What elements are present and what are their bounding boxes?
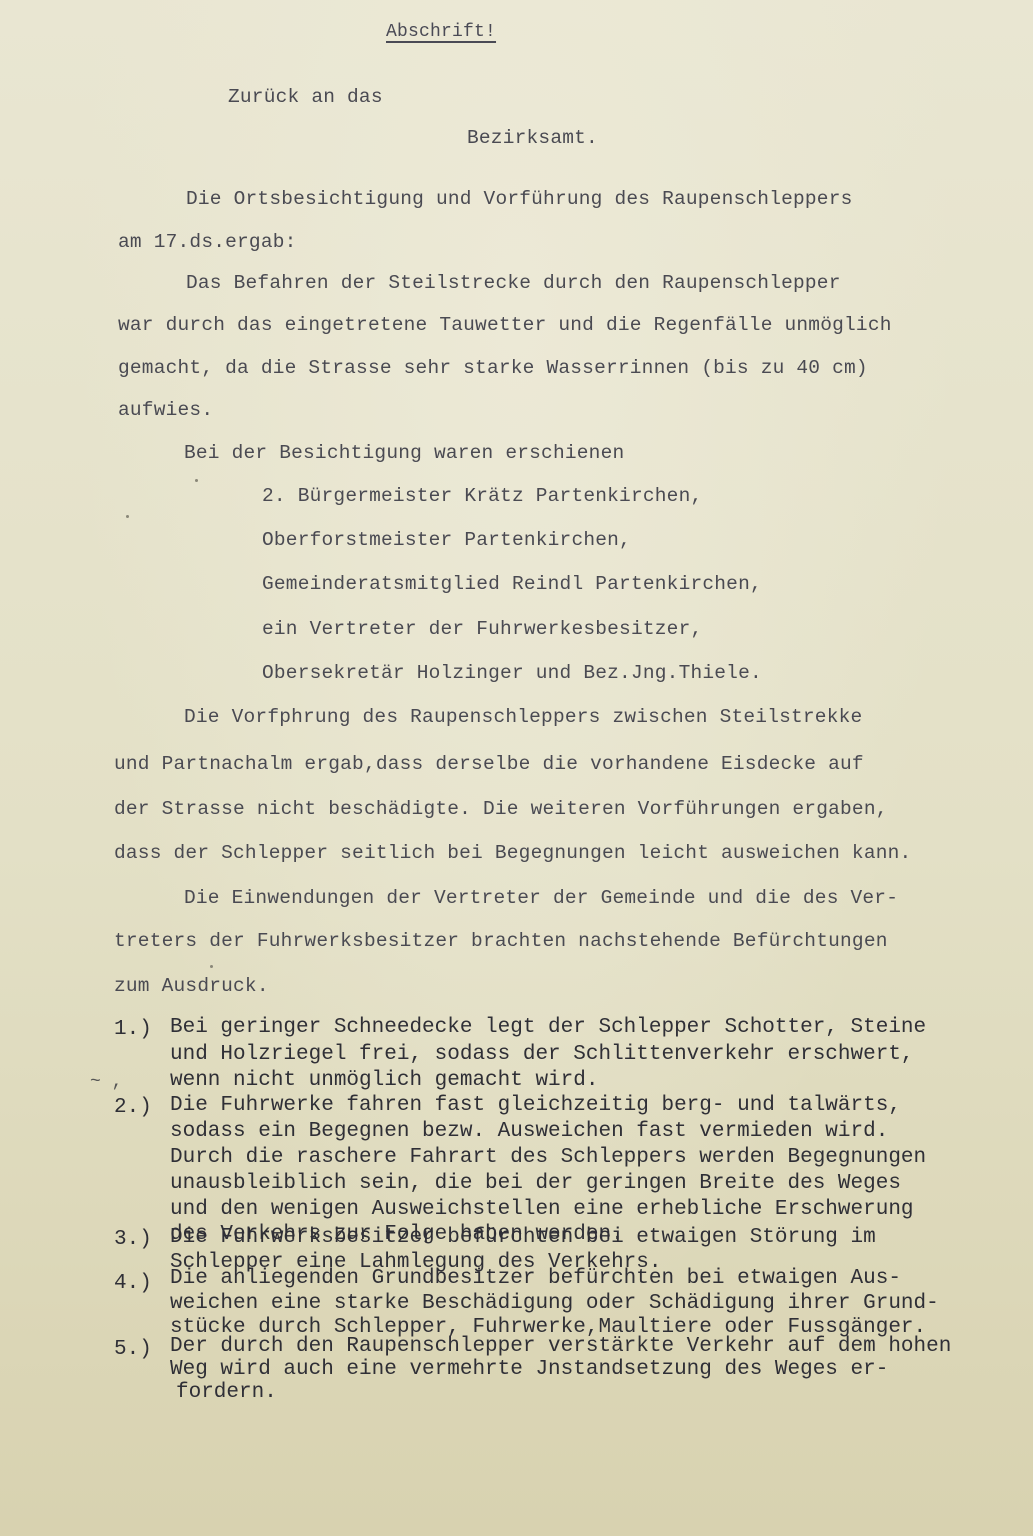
attendee-item: Oberforstmeister Partenkirchen, <box>262 529 631 551</box>
concern-line: Die Fuhrwerke fahren fast gleichzeitig b… <box>170 1094 901 1117</box>
paragraph-line: und Partnachalm ergab,dass derselbe die … <box>114 753 864 775</box>
concern-number: 1.) <box>114 1018 152 1041</box>
salutation-line-1: Zurück an das <box>228 86 383 108</box>
concern-line: weichen eine starke Beschädigung oder Sc… <box>170 1292 939 1315</box>
concern-line: fordern. <box>176 1381 277 1404</box>
paragraph-line: war durch das eingetretene Tauwetter und… <box>118 314 892 336</box>
concern-line: und den wenigen Ausweichstellen eine erh… <box>170 1198 914 1221</box>
concern-line: Der durch den Raupenschlepper verstärkte… <box>170 1335 951 1358</box>
concern-number: 2.) <box>114 1096 152 1119</box>
concern-number: 5.) <box>114 1338 152 1361</box>
typewritten-document-page: Abschrift! Zurück an das Bezirksamt. Die… <box>0 0 1033 1536</box>
attendee-item: Obersekretär Holzinger und Bez.Jng.Thiel… <box>262 662 762 684</box>
paragraph-line: Die Ortsbesichtigung und Vorführung des … <box>186 188 853 210</box>
paragraph-line: Das Befahren der Steilstrecke durch den … <box>186 272 841 294</box>
paragraph-line: zum Ausdruck. <box>114 975 269 997</box>
concern-line: Weg wird auch eine vermehrte Jnstandsetz… <box>170 1358 888 1381</box>
concern-number: 3.) <box>114 1228 152 1251</box>
concern-line: unausbleiblich sein, die bei der geringe… <box>170 1172 901 1195</box>
concern-line: Die Fuhrwerksbesitzer befürchten bei etw… <box>170 1226 876 1249</box>
concern-line: Die anliegenden Grundbesitzer befürchten… <box>170 1267 901 1290</box>
margin-pencil-mark: ~ , <box>90 1072 122 1092</box>
paragraph-line: aufwies. <box>118 399 213 421</box>
paper-speck <box>126 515 129 518</box>
concern-line: und Holzriegel frei, sodass der Schlitte… <box>170 1043 914 1066</box>
salutation-line-2: Bezirksamt. <box>467 127 598 149</box>
paragraph-line: gemacht, da die Strasse sehr starke Wass… <box>118 357 868 379</box>
attendee-item: ein Vertreter der Fuhrwerkesbesitzer, <box>262 618 702 640</box>
concern-line: Bei geringer Schneedecke legt der Schlep… <box>170 1016 926 1039</box>
attendance-intro: Bei der Besichtigung waren erschienen <box>184 442 624 464</box>
paragraph-line: am 17.ds.ergab: <box>118 231 297 253</box>
paper-speck <box>210 965 213 968</box>
concern-number: 4.) <box>114 1272 152 1295</box>
concern-line: Durch die raschere Fahrart des Schlepper… <box>170 1146 926 1169</box>
document-title: Abschrift! <box>386 22 496 42</box>
paper-speck <box>195 479 198 482</box>
attendee-item: 2. Bürgermeister Krätz Partenkirchen, <box>262 485 702 507</box>
paragraph-line: Die Einwendungen der Vertreter der Gemei… <box>184 887 898 909</box>
paragraph-line: Die Vorfphrung des Raupenschleppers zwis… <box>184 706 862 728</box>
attendee-item: Gemeinderatsmitglied Reindl Partenkirche… <box>262 573 762 595</box>
concern-line: sodass ein Begegnen bezw. Ausweichen fas… <box>170 1120 888 1143</box>
concern-line: wenn nicht unmöglich gemacht wird. <box>170 1069 598 1092</box>
paragraph-line: dass der Schlepper seitlich bei Begegnun… <box>114 842 911 864</box>
paragraph-line: treters der Fuhrwerksbesitzer brachten n… <box>114 930 888 952</box>
paragraph-line: der Strasse nicht beschädigte. Die weite… <box>114 798 888 820</box>
